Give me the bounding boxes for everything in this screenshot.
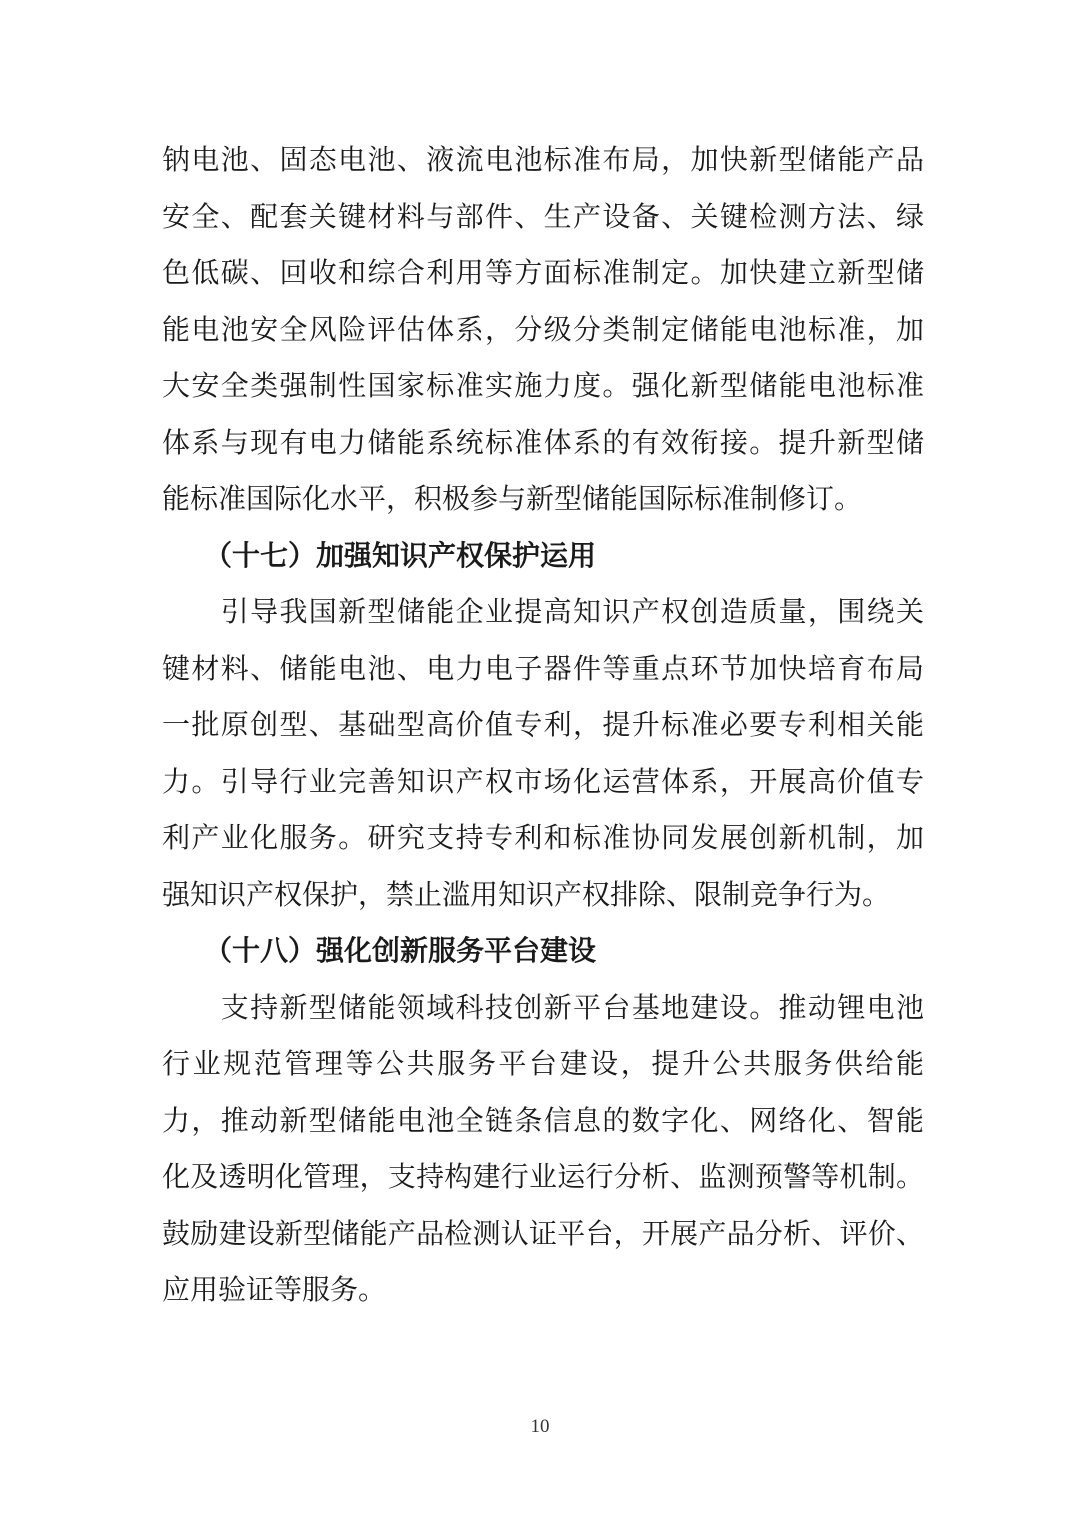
text-line: 化及透明化管理，支持构建行业运行分析、监测预警等机制。 [162, 1150, 924, 1207]
text-line: 引导我国新型储能企业提高知识产权创造质量，围绕关 [162, 585, 924, 642]
text-line: （十七）加强知识产权保护运用 [162, 529, 924, 586]
text-line: 应用验证等服务。 [162, 1263, 924, 1320]
heading-section-18: （十八）强化创新服务平台建设 [162, 924, 924, 981]
text-line: 鼓励建设新型储能产品检测认证平台，开展产品分析、评价、 [162, 1207, 924, 1264]
text-line: 力，推动新型储能电池全链条信息的数字化、网络化、智能 [162, 1094, 924, 1151]
text-line: 能电池安全风险评估体系，分级分类制定储能电池标准，加 [162, 303, 924, 360]
text-line: 能标准国际化水平，积极参与新型储能国际标准制修订。 [162, 472, 924, 529]
document-page: 钠电池、固态电池、液流电池标准布局，加快新型储能产品安全、配套关键材料与部件、生… [0, 0, 1080, 1528]
text-line: 安全、配套关键材料与部件、生产设备、关键检测方法、绿 [162, 190, 924, 247]
text-line: 体系与现有电力储能系统标准体系的有效衔接。提升新型储 [162, 416, 924, 473]
text-line: 键材料、储能电池、电力电子器件等重点环节加快培育布局 [162, 642, 924, 699]
paragraph-ip-protection: 引导我国新型储能企业提高知识产权创造质量，围绕关键材料、储能电池、电力电子器件等… [162, 585, 924, 924]
page-number: 10 [0, 1412, 1080, 1442]
text-line: 支持新型储能领域科技创新平台基地建设。推动锂电池 [162, 981, 924, 1038]
paragraph-innovation-platform: 支持新型储能领域科技创新平台基地建设。推动锂电池行业规范管理等公共服务平台建设，… [162, 981, 924, 1320]
text-line: 钠电池、固态电池、液流电池标准布局，加快新型储能产品 [162, 133, 924, 190]
text-line: 大安全类强制性国家标准实施力度。强化新型储能电池标准 [162, 359, 924, 416]
heading-section-17: （十七）加强知识产权保护运用 [162, 529, 924, 586]
text-line: （十八）强化创新服务平台建设 [162, 924, 924, 981]
text-line: 一批原创型、基础型高价值专利，提升标准必要专利相关能 [162, 698, 924, 755]
text-line: 利产业化服务。研究支持专利和标准协同发展创新机制，加 [162, 811, 924, 868]
document-body: 钠电池、固态电池、液流电池标准布局，加快新型储能产品安全、配套关键材料与部件、生… [162, 133, 924, 1320]
text-line: 强知识产权保护，禁止滥用知识产权排除、限制竞争行为。 [162, 868, 924, 925]
text-line: 色低碳、回收和综合利用等方面标准制定。加快建立新型储 [162, 246, 924, 303]
text-line: 力。引导行业完善知识产权市场化运营体系，开展高价值专 [162, 755, 924, 812]
paragraph-standards-continued: 钠电池、固态电池、液流电池标准布局，加快新型储能产品安全、配套关键材料与部件、生… [162, 133, 924, 529]
text-line: 行业规范管理等公共服务平台建设，提升公共服务供给能 [162, 1037, 924, 1094]
